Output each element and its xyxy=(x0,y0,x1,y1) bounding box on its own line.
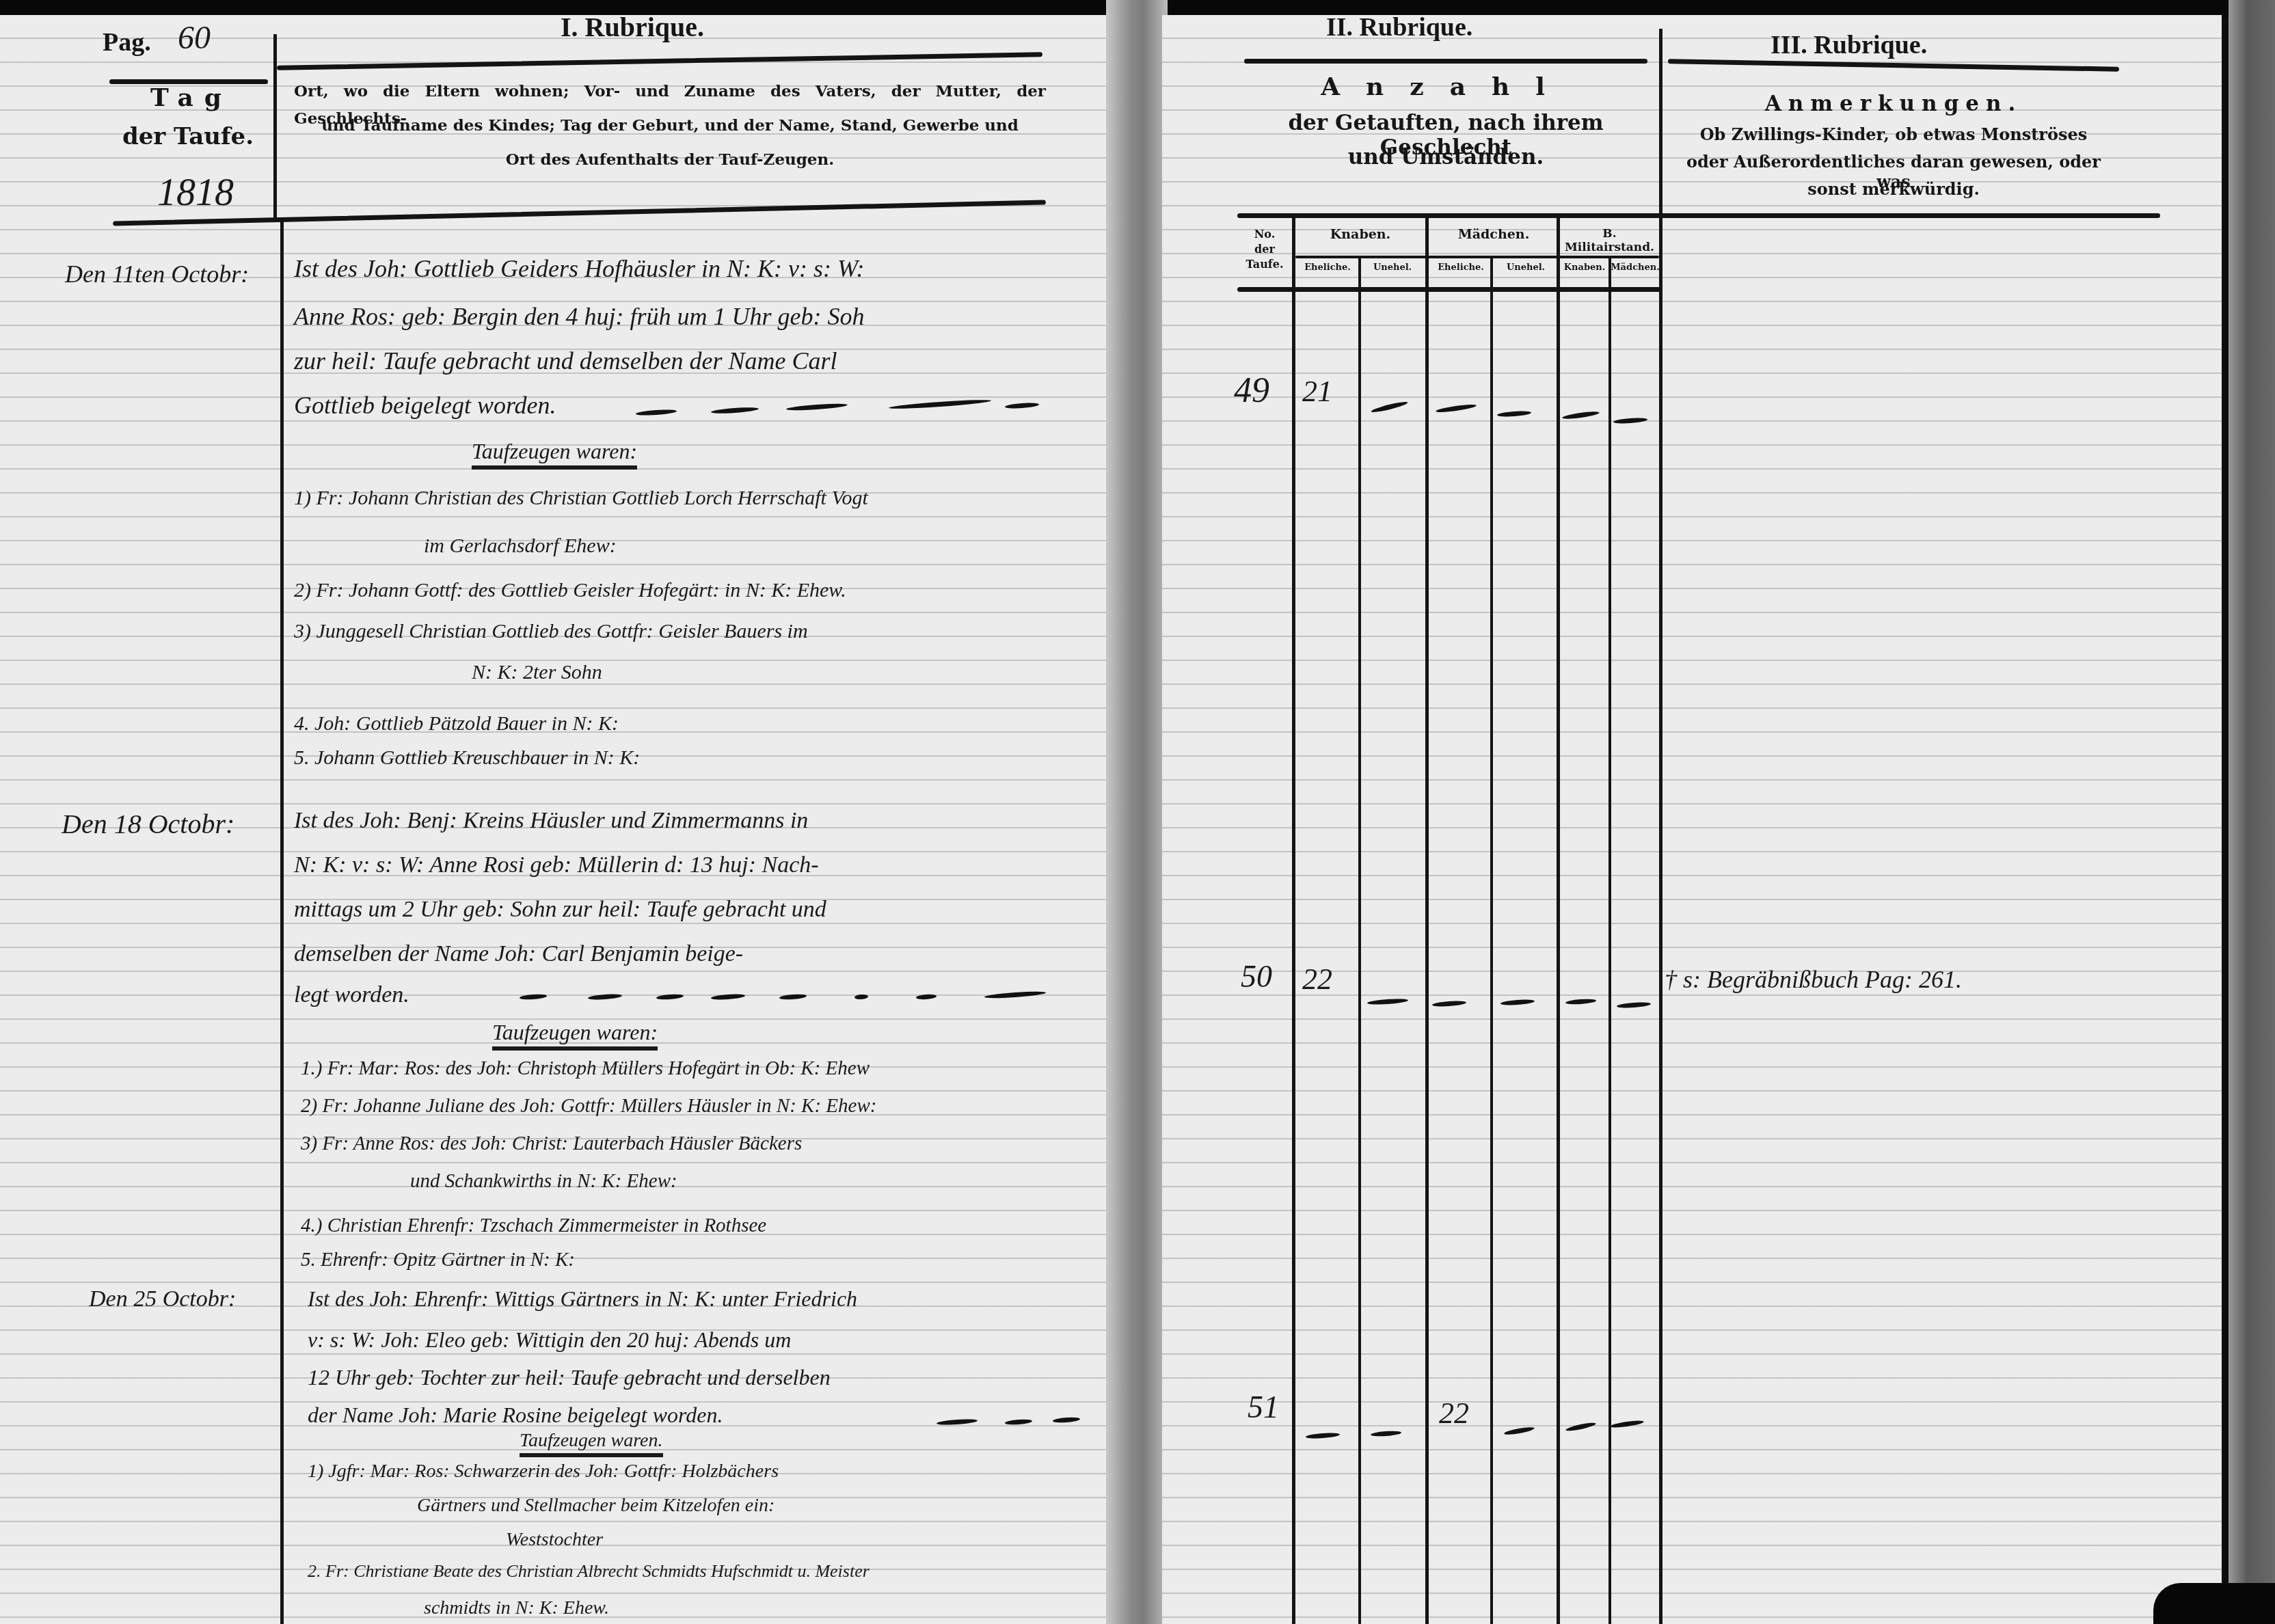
baptism-number: 51 xyxy=(1248,1389,1279,1425)
record-line: 12 Uhr geb: Tochter zur heil: Taufe gebr… xyxy=(308,1365,831,1390)
sub-header: Unehel. xyxy=(1360,262,1425,273)
filler-dash xyxy=(1005,402,1039,409)
right-page: II. Rubrique. Anzahl der Getauften, nach… xyxy=(1162,15,2222,1624)
rubric-3-title: III. Rubrique. xyxy=(1771,30,1927,60)
header-no-line: Taufe. xyxy=(1237,257,1292,272)
count-militair-knaben xyxy=(1565,1421,1596,1432)
subheader-rule xyxy=(1295,256,1659,258)
column-line xyxy=(1358,258,1361,1624)
page-label: Pag. xyxy=(103,27,151,57)
column-line xyxy=(1608,258,1611,1624)
sub-header: Eheliche. xyxy=(1429,262,1493,273)
filler-dash xyxy=(889,398,991,410)
count-militair-maedchen xyxy=(1610,1420,1644,1429)
count-knaben-unehel xyxy=(1371,1430,1401,1437)
witness-line: 2) Fr: Johann Gottf: des Gottlieb Geisle… xyxy=(294,579,846,602)
sub-header: Unehel. xyxy=(1494,262,1558,273)
witness-line: 1) Fr: Johann Christian des Christian Go… xyxy=(294,487,868,510)
filler-dash xyxy=(984,990,1046,999)
left-page: Pag. 60 I. Rubrique. Tag der Taufe. 1818… xyxy=(0,15,1111,1624)
record-line: v: s: W: Joh: Eleo geb: Wittigin den 20 … xyxy=(308,1327,791,1353)
count-maedchen-unehel xyxy=(1497,410,1531,417)
witness-line: Gärtners und Stellmacher beim Kitzelofen… xyxy=(417,1495,775,1517)
rubric-3-heading: Anmerkungen. xyxy=(1668,92,2119,116)
table-header-bottom-rule xyxy=(1237,287,1661,292)
count-maedchen-ehelich xyxy=(1432,1000,1466,1007)
record-line: zur heil: Taufe gebracht und demselben d… xyxy=(294,347,837,375)
rubric-divider xyxy=(1659,29,1662,220)
baptism-number: 50 xyxy=(1241,958,1272,994)
count-knaben-unehel xyxy=(1371,400,1408,414)
rubric-2-title: II. Rubrique. xyxy=(1326,12,1472,42)
record-line: Ist des Joh: Ehrenfr: Wittigs Gärtners i… xyxy=(308,1286,857,1312)
entry-date: Den 11ten Octobr: xyxy=(65,260,249,288)
filler-dash xyxy=(520,994,547,1001)
witness-heading: Taufzeugen waren: xyxy=(492,1020,658,1051)
record-line: Gottlieb beigelegt worden. xyxy=(294,391,556,420)
record-line: der Name Joh: Marie Rosine beigelegt wor… xyxy=(308,1403,723,1428)
witness-line: im Gerlachsdorf Ehew: xyxy=(424,534,617,558)
count-maedchen-ehelich: 22 xyxy=(1439,1396,1469,1431)
column-line xyxy=(1557,217,1560,1624)
record-line: Anne Ros: geb: Bergin den 4 huj: früh um… xyxy=(294,302,865,331)
witness-line: 4. Joh: Gottlieb Pätzold Bauer in N: K: xyxy=(294,712,619,735)
rubric-3-description-1: Ob Zwillings-Kinder, ob etwas Monströses xyxy=(1668,124,2119,144)
filler-dash xyxy=(779,994,807,1001)
scan-bottom-shadow xyxy=(2153,1583,2275,1624)
record-line: legt worden. xyxy=(294,982,409,1008)
count-militair-maedchen xyxy=(1613,417,1647,424)
column-description-2: und Taufname des Kindes; Tag der Geburt,… xyxy=(294,112,1046,139)
column-line xyxy=(1659,217,1662,1624)
sub-header: Mädchen. xyxy=(1611,262,1660,273)
record-line: N: K: v: s: W: Anne Rosi geb: Müllerin d… xyxy=(294,852,819,878)
filler-dash xyxy=(636,409,677,416)
count-militair-knaben xyxy=(1562,410,1600,420)
witness-line: 2) Fr: Johanne Juliane des Joh: Gottfr: … xyxy=(301,1095,876,1118)
sub-header: Eheliche. xyxy=(1295,262,1360,273)
witness-line: 4.) Christian Ehrenfr: Tzschach Zimmerme… xyxy=(301,1215,766,1237)
filler-dash xyxy=(711,993,745,1000)
witness-line: 5. Ehrenfr: Opitz Gärtner in N: K: xyxy=(301,1249,575,1271)
filler-dash xyxy=(656,994,684,1001)
entry-date: Den 25 Octobr: xyxy=(89,1286,236,1312)
filler-dash xyxy=(1005,1419,1032,1426)
page-edge xyxy=(2229,0,2275,1624)
witness-line: N: K: 2ter Sohn xyxy=(472,661,602,684)
entry-date: Den 18 Octobr: xyxy=(62,808,234,840)
count-maedchen-unehel xyxy=(1500,999,1535,1005)
date-column-header-2: der Taufe. xyxy=(116,123,260,150)
header-divider xyxy=(273,34,277,219)
record-line: Ist des Joh: Gottlieb Geiders Hofhäusler… xyxy=(294,254,865,283)
filler-dash xyxy=(916,994,937,1000)
witness-heading: Taufzeugen waren: xyxy=(472,439,637,470)
witness-line: 5. Johann Gottlieb Kreuschbauer in N: K: xyxy=(294,746,640,770)
witness-line: Weststochter xyxy=(506,1529,603,1551)
filler-dash xyxy=(1053,1417,1080,1424)
book-spine xyxy=(1106,0,1168,1624)
header-bottom-rule xyxy=(113,200,1046,226)
header-no: No. der Taufe. xyxy=(1237,227,1292,272)
header-no-line: No. xyxy=(1237,227,1292,242)
record-line: Ist des Joh: Benj: Kreins Häusler und Zi… xyxy=(294,808,808,834)
count-militair-maedchen xyxy=(1617,1001,1651,1008)
count-knaben-unehel xyxy=(1367,998,1408,1005)
column-line xyxy=(1490,258,1493,1624)
count-knaben-ehelich: 22 xyxy=(1302,962,1332,997)
remark-burial-reference: † s: Begräbnißbuch Pag: 261. xyxy=(1665,965,1962,994)
witness-line: 1) Jgfr: Mar: Ros: Schwarzerin des Joh: … xyxy=(308,1461,779,1483)
date-column-header-1: Tag xyxy=(123,83,260,112)
header-rule xyxy=(1668,59,2119,72)
header-rule xyxy=(1244,59,1647,64)
header-maedchen: Mädchen. xyxy=(1429,227,1559,242)
filler-dash xyxy=(588,993,622,1000)
witness-line: schmidts in N: K: Ehew. xyxy=(424,1597,609,1619)
page-number: 60 xyxy=(178,19,211,57)
record-line: demselben der Name Joh: Carl Benjamin be… xyxy=(294,941,743,967)
witness-line: 2. Fr: Christiane Beate des Christian Al… xyxy=(308,1561,870,1582)
record-line: mittags um 2 Uhr geb: Sohn zur heil: Tau… xyxy=(294,897,826,923)
witness-heading: Taufzeugen waren. xyxy=(520,1430,663,1457)
column-line xyxy=(1425,217,1429,1624)
filler-dash xyxy=(711,407,759,415)
column-description-3: Ort des Aufenthalts der Tauf-Zeugen. xyxy=(294,146,1046,174)
baptism-number: 49 xyxy=(1234,370,1269,411)
filler-dash xyxy=(937,1418,978,1426)
sub-header: Knaben. xyxy=(1560,262,1609,273)
header-knaben: Knaben. xyxy=(1295,227,1425,242)
filler-dash xyxy=(854,994,868,999)
witness-line: 3) Junggesell Christian Gottlieb des Got… xyxy=(294,620,808,643)
count-maedchen-unehel xyxy=(1504,1426,1535,1436)
count-maedchen-ehelich xyxy=(1436,403,1477,414)
column-line xyxy=(1292,217,1295,1624)
rubric-1-title: I. Rubrique. xyxy=(561,11,704,43)
witness-line: und Schankwirths in N: K: Ehew: xyxy=(410,1170,677,1193)
count-knaben-ehelich: 21 xyxy=(1302,374,1332,409)
witness-line: 1.) Fr: Mar: Ros: des Joh: Christoph Mül… xyxy=(301,1057,870,1080)
witness-line: 3) Fr: Anne Ros: des Joh: Christ: Lauter… xyxy=(301,1133,802,1155)
register-year: 1818 xyxy=(157,171,234,215)
count-militair-knaben xyxy=(1565,998,1596,1005)
table-top-rule xyxy=(1237,213,2160,218)
header-militairstand: B. Militairstand. xyxy=(1560,227,1659,254)
rubric-3-description-3: sonst merkwürdig. xyxy=(1668,179,2119,199)
header-rule xyxy=(277,52,1042,70)
header-no-line: der xyxy=(1237,242,1292,257)
date-column-divider xyxy=(280,220,284,1624)
rubric-2-heading: Anzahl xyxy=(1244,72,1647,101)
rubric-2-description-2: und Umständen. xyxy=(1237,145,1654,170)
count-knaben-ehelich xyxy=(1306,1432,1340,1439)
filler-dash xyxy=(786,403,848,411)
